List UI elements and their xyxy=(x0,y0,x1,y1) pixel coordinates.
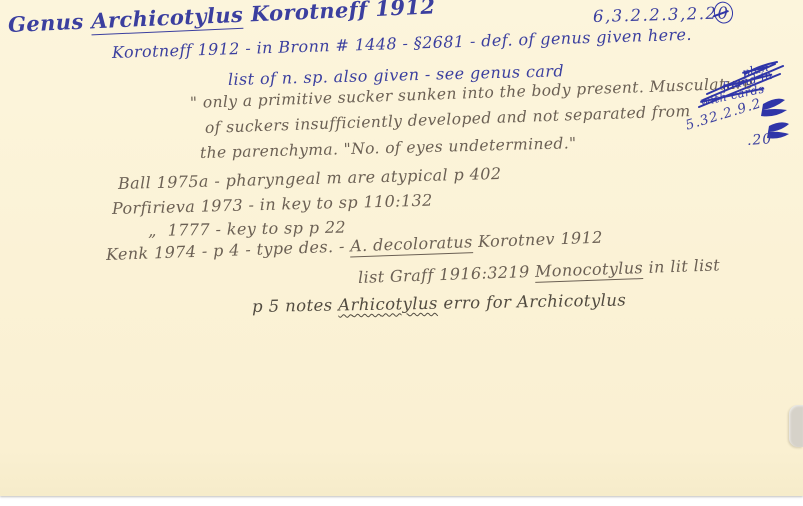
ditto-mark: „ xyxy=(148,221,157,240)
spelling-note: p 5 notes Arhicotylus erro for Archicoty… xyxy=(252,290,626,316)
quote-line-3: the parenchyma. "No. of eyes undetermine… xyxy=(200,134,577,162)
catalog-number: 6,3.2.2.3,2.20 xyxy=(593,3,730,26)
note-middle: erro for xyxy=(438,292,517,312)
porfirieva-cont-text: 1777 - key to sp p 22 xyxy=(168,218,347,240)
reference-ball: Ball 1975a - pharyngeal m are atypical p… xyxy=(118,164,502,193)
graff-prefix: list Graff 1916:3219 xyxy=(358,262,536,287)
small-number-20: .20 xyxy=(746,131,772,149)
catalog-struck-digit: 0 xyxy=(717,3,729,22)
index-card: Genus Archicotylus Korotneff 1912 6,3.2.… xyxy=(0,0,803,496)
species-name-underlined: A. decoloratus xyxy=(350,232,473,257)
genus-name-underlined: Archicotylus xyxy=(91,2,244,36)
graff-suffix: in lit list xyxy=(643,255,721,277)
neighbor-card-corner xyxy=(789,405,803,447)
note-prefix: p 5 notes xyxy=(252,295,339,316)
catalog-number-text: 6,3.2.2.3,2.2 xyxy=(593,4,718,26)
monocotylus-underlined: Monocotylus xyxy=(535,258,644,283)
kenk-suffix: Korotnev 1912 xyxy=(472,228,603,252)
reference-porfirieva: Porfirieva 1973 - in key to sp 110:132 xyxy=(112,191,433,218)
reference-graff: list Graff 1916:3219 Monocotylus in lit … xyxy=(358,255,721,287)
kenk-prefix: Kenk 1974 - p 4 - type des. - xyxy=(106,236,351,264)
correct-name: Archicotylus xyxy=(517,290,627,311)
title-author: Korotneff 1912 xyxy=(243,0,436,27)
title-prefix: Genus xyxy=(7,8,91,37)
card-title: Genus Archicotylus Korotneff 1912 xyxy=(7,0,435,37)
misspelled-name-wavy-underline: Arhicotylus xyxy=(338,294,438,315)
